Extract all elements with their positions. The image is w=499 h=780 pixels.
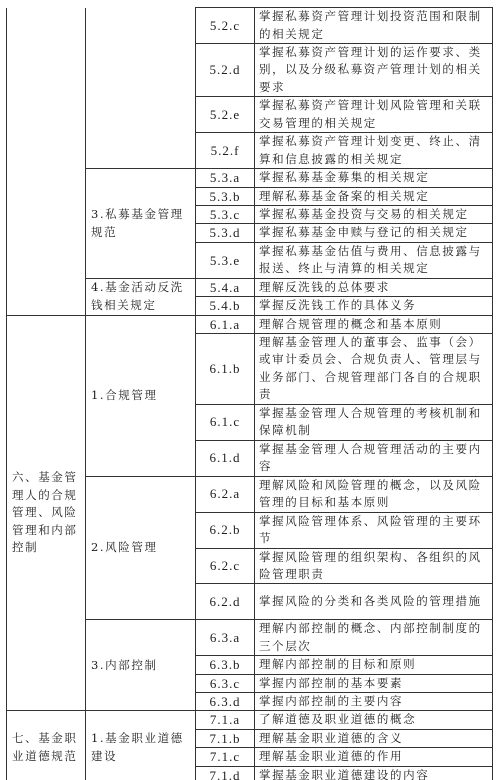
- item-code: 6.3.a: [196, 620, 255, 656]
- item-description: 理解内部控制的目标和原则: [255, 656, 493, 674]
- section-cell: 2.风险管理: [86, 476, 196, 620]
- section-cell: 3.内部控制: [86, 620, 196, 711]
- item-code: 6.3.d: [196, 692, 255, 710]
- table-row: 5.2.c掌握私募资产管理计划投资范围和限制的相关规定: [7, 8, 493, 44]
- item-description: 掌握风险管理体系、风险管理的主要环节: [255, 512, 493, 548]
- item-description: 掌握基金管理人合规管理的考核机制和保障机制: [255, 404, 493, 440]
- item-description: 掌握私募资产管理计划风险管理和关联交易管理的相关规定: [255, 97, 493, 133]
- item-code: 6.1.a: [196, 315, 255, 333]
- table-row: 六、基金管理人的合规管理、风险管理和内部控制1.合规管理6.1.a理解合规管理的…: [7, 315, 493, 333]
- item-description: 理解基金管理人的董事会、监事（会）或审计委员会、合规负责人、管理层与业务部门、合…: [255, 334, 493, 405]
- item-code: 6.2.a: [196, 476, 255, 512]
- section-cell: 1.基金职业道德建设: [86, 711, 196, 780]
- section-cell: 4.基金活动反洗钱相关规定: [86, 278, 196, 315]
- item-description: 理解反洗钱的总体要求: [255, 278, 493, 296]
- section-cell: [86, 8, 196, 169]
- item-code: 6.2.d: [196, 584, 255, 620]
- item-code: 7.1.b: [196, 729, 255, 747]
- item-description: 理解风险和风险管理的概念，以及风险管理的目标和基本原则: [255, 476, 493, 512]
- chapter-cell: 六、基金管理人的合规管理、风险管理和内部控制: [7, 315, 86, 711]
- item-description: 理解基金职业道德的作用: [255, 748, 493, 766]
- item-description: 掌握基金管理人合规管理活动的主要内容: [255, 440, 493, 476]
- item-description: 掌握私募基金募集的相关规定: [255, 169, 493, 187]
- item-code: 6.1.c: [196, 404, 255, 440]
- item-description: 掌握风险管理的组织架构、各组织的风险管理职责: [255, 548, 493, 584]
- item-description: 理解合规管理的概念和基本原则: [255, 315, 493, 333]
- item-description: 掌握私募资产管理计划变更、终止、清算和信息披露的相关规定: [255, 133, 493, 169]
- item-code: 5.2.d: [196, 44, 255, 97]
- item-code: 6.2.c: [196, 548, 255, 584]
- item-code: 5.4.b: [196, 297, 255, 315]
- item-code: 5.2.c: [196, 8, 255, 44]
- chapter-cell: [7, 8, 86, 316]
- item-code: 6.3.c: [196, 674, 255, 692]
- item-code: 5.2.e: [196, 97, 255, 133]
- item-description: 掌握私募资产管理计划的运作要求、类别，以及分级私募资产管理计划的相关要求: [255, 44, 493, 97]
- item-description: 掌握风险的分类和各类风险的管理措施: [255, 584, 493, 620]
- item-code: 5.3.e: [196, 242, 255, 278]
- item-code: 6.1.d: [196, 440, 255, 476]
- section-cell: 3.私募基金管理规范: [86, 169, 196, 279]
- item-code: 6.2.b: [196, 512, 255, 548]
- item-description: 理解内部控制的概念、内部控制制度的三个层次: [255, 620, 493, 656]
- table-row: 七、基金职业道德规范1.基金职业道德建设7.1.a了解道德及职业道德的概念: [7, 711, 493, 729]
- syllabus-table-body: 5.2.c掌握私募资产管理计划投资范围和限制的相关规定5.2.d掌握私募资产管理…: [7, 8, 493, 780]
- item-code: 5.2.f: [196, 133, 255, 169]
- chapter-cell: 七、基金职业道德规范: [7, 711, 86, 780]
- item-description: 掌握反洗钱工作的具体义务: [255, 297, 493, 315]
- item-description: 了解道德及职业道德的概念: [255, 711, 493, 729]
- item-description: 掌握内部控制的基本要素: [255, 674, 493, 692]
- item-description: 掌握私募基金投资与交易的相关规定: [255, 206, 493, 224]
- item-description: 掌握私募基金申赎与登记的相关规定: [255, 224, 493, 242]
- item-description: 掌握内部控制的主要内容: [255, 692, 493, 710]
- syllabus-table: 5.2.c掌握私募资产管理计划投资范围和限制的相关规定5.2.d掌握私募资产管理…: [6, 7, 493, 780]
- item-code: 5.3.d: [196, 224, 255, 242]
- item-description: 理解私募基金备案的相关规定: [255, 187, 493, 205]
- item-code: 6.1.b: [196, 334, 255, 405]
- item-code: 7.1.a: [196, 711, 255, 729]
- item-code: 5.4.a: [196, 278, 255, 296]
- section-cell: 1.合规管理: [86, 315, 196, 476]
- item-code: 5.3.a: [196, 169, 255, 187]
- item-code: 7.1.d: [196, 766, 255, 780]
- item-code: 5.3.c: [196, 206, 255, 224]
- item-description: 掌握私募资产管理计划投资范围和限制的相关规定: [255, 8, 493, 44]
- item-code: 6.3.b: [196, 656, 255, 674]
- item-code: 5.3.b: [196, 187, 255, 205]
- item-code: 7.1.c: [196, 748, 255, 766]
- item-description: 掌握私募基金估值与费用、信息披露与报送、终止与清算的相关规定: [255, 242, 493, 278]
- item-description: 掌握基金职业道德建设的内容: [255, 766, 493, 780]
- item-description: 理解基金职业道德的含义: [255, 729, 493, 747]
